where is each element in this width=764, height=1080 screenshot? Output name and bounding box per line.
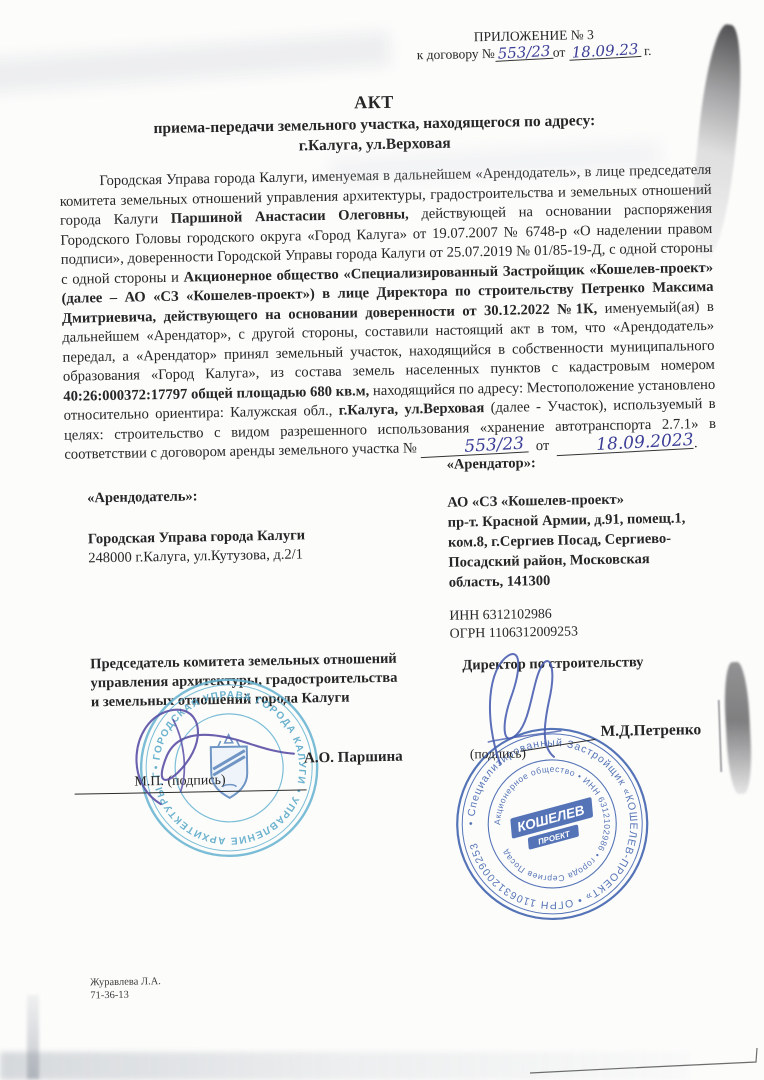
ot-label: от [536, 438, 550, 454]
executor-phone: 71-36-13 [90, 988, 161, 1002]
tenant-heading: «Арендатор»: [446, 450, 726, 475]
landlord-address: 248000 г.Калуга, ул.Кутузова, д.2/1 [88, 545, 305, 568]
contract-ot: от [553, 45, 566, 60]
period: . [694, 435, 698, 451]
tenant-signatory-name: М.Д.Петренко [600, 721, 701, 741]
tenant-ogrn: ОГРН 1106312009253 [450, 620, 730, 643]
landlord-heading: «Арендодатель»: [87, 485, 304, 508]
landlord-signatory-name: А.О. Паршина [304, 749, 403, 768]
executor-name: Журавлева Л.А. [90, 975, 161, 989]
document-title: АКТ приема-передачи земельного участка, … [0, 85, 757, 161]
landlord-block: «Арендодатель»: Городская Управа города … [87, 485, 306, 568]
contract-prefix: к договору № [417, 46, 495, 62]
tenant-signatory-title: Директор по строительству [462, 654, 643, 674]
appendix-block: ПРИЛОЖЕНИЕ № 3 к договору №553/23от 18.0… [389, 24, 680, 63]
contract-year-suffix: г. [644, 43, 652, 58]
koshelev-logo: КОШЕЛЕВ ПРОЕКТ [507, 797, 601, 854]
executor-footer: Журавлева Л.А. 71-36-13 [90, 975, 161, 1002]
scanned-document: ПРИЛОЖЕНИЕ № 3 к договору №553/23от 18.0… [0, 0, 764, 1080]
tenant-ids: ИНН 6312102986 ОГРН 1106312009253 [449, 602, 730, 643]
paragraph-runs: Городская Управа города Калуги, именуема… [60, 162, 716, 463]
landlord-signature-note: М.П. (подпись) [134, 773, 225, 791]
tenant-address: пр-т. Красной Армии, д.91, помещ.1,ком.8… [448, 508, 729, 593]
contract-number-handwritten: 553/23 [494, 44, 553, 62]
number-label: № [403, 440, 417, 456]
tenant-signature-note: (подпись) [470, 745, 526, 762]
main-paragraph: Городская Управа города Калуги, именуема… [59, 161, 716, 465]
tenant-block: «Арендатор»: АО «СЗ «Кошелев-проект» пр-… [446, 450, 729, 643]
contract-date-handwritten: 18.09.23 [568, 42, 641, 61]
landlord-seal-stamp: • ГОРОДСКАЯ УПРАВА ГОРОДА КАЛУГИ • УПРАВ… [134, 673, 323, 862]
